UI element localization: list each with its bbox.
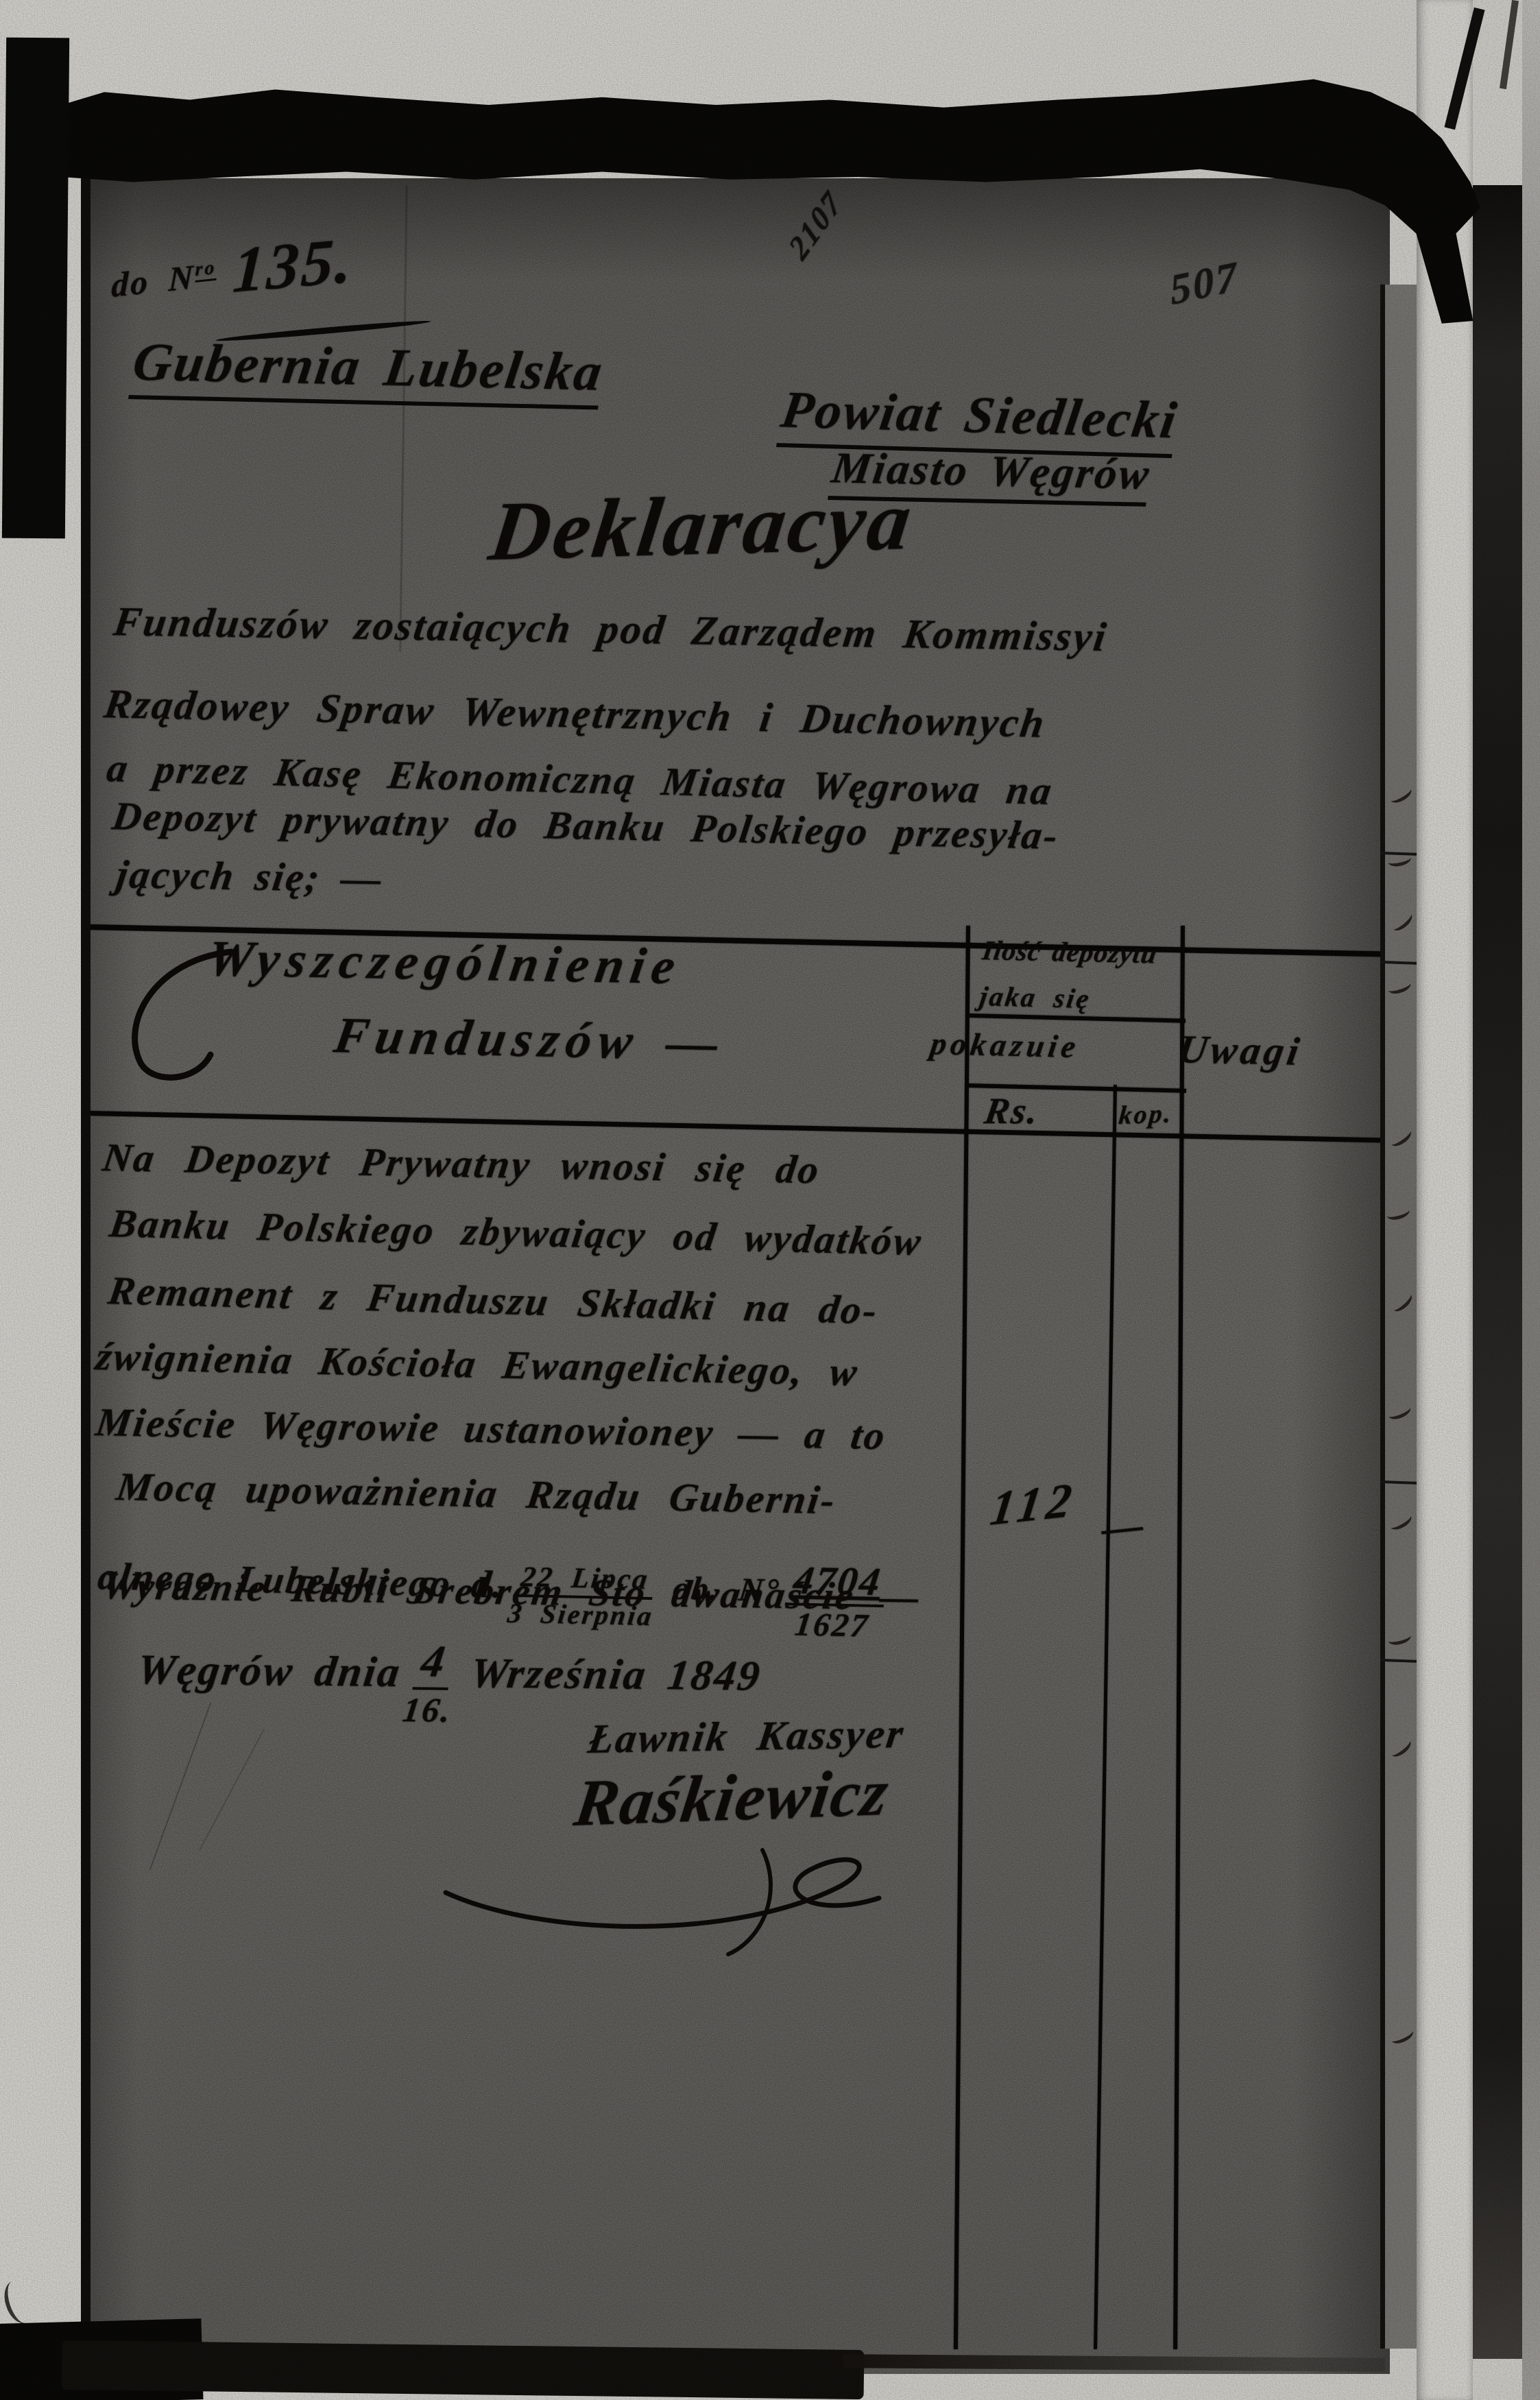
margin-scribble: 2107	[783, 184, 847, 266]
doc-ref-superscript: ro	[195, 257, 216, 283]
col-remarks-header: Uwagi	[1175, 1029, 1305, 1072]
page-curl-strip	[1380, 285, 1421, 2349]
col-specification-header-line2: Funduszów —	[330, 1009, 729, 1070]
entry-line-6: Mocą upoważnienia Rządu Guberni-	[114, 1466, 839, 1522]
curl-ink-mark	[1388, 784, 1414, 806]
province-name: Gubernia Lubelska	[128, 333, 607, 409]
col-amount-header-line3: pokazuie	[928, 1027, 1082, 1064]
crease-vertical	[399, 185, 407, 651]
intro-line-2: Rządowey Spraw Wewnętrznych i Duchownych	[101, 682, 1048, 745]
col-kop-header: kop.	[1118, 1101, 1174, 1130]
margin-curl-mark	[0, 2277, 39, 2327]
entry-line-5: Mieście Węgrowie ustanowioney — a to	[93, 1402, 889, 1457]
closing-day-denominator: 16.	[400, 1690, 455, 1727]
dark-binding-band	[1473, 185, 1522, 2359]
curl-ink-mark	[1389, 1290, 1415, 1315]
signer-role: Ławnik Kassyer	[586, 1712, 908, 1761]
curl-ink-mark	[1388, 1126, 1414, 1149]
amount-header-rule-1	[970, 1013, 1186, 1023]
top-right-streak-2	[1500, 0, 1519, 89]
amount-rs-value: 112	[987, 1474, 1080, 1535]
pencil-page-number: 507	[1168, 254, 1241, 313]
curl-ink-mark	[1386, 1629, 1412, 1647]
signer-signature: Raśkiewicz	[570, 1757, 893, 1838]
curl-ink-mark	[1386, 977, 1412, 996]
curl-ink-mark	[1388, 1511, 1414, 1533]
curl-ink-mark	[1386, 1402, 1412, 1421]
table-col1-divider	[954, 926, 970, 2349]
curl-ink-mark	[1389, 909, 1415, 934]
document-page: do Nro 135. 2107 507 Gubernia Lubelska P…	[81, 178, 1390, 2374]
closing-place-date: Węgrów dnia 4 16. Września 1849	[132, 1627, 767, 1720]
curl-ink-mark	[1389, 2026, 1415, 2047]
intro-line-5: jących się; —	[114, 854, 386, 900]
entry-line-1: Na Depozyt Prywatny wnosi się do	[100, 1137, 823, 1191]
curl-ink-mark	[1388, 1736, 1414, 1760]
lit-page-edge-band	[1417, 0, 1473, 2400]
col-rs-header: Rs.	[982, 1092, 1043, 1131]
col-amount-header-line2: jaka się	[978, 982, 1093, 1013]
black-bar-top-left	[2, 38, 69, 539]
amount-kop-value: —	[1099, 1503, 1146, 1550]
doc-title: Deklaracya	[485, 477, 919, 576]
entry-line-4: źwignienia Kościoła Ewangelickiego, w	[93, 1336, 861, 1393]
rs-kop-divider	[1094, 1085, 1117, 2349]
scratch-2	[199, 1729, 265, 1851]
curl-ink-mark	[1385, 1204, 1411, 1222]
doc-ref-prefix-text: do N	[111, 257, 195, 304]
closing-day-numerator: 4	[412, 1639, 455, 1690]
col-amount-header-line1: Ilość depozytu	[980, 936, 1159, 968]
table-col2-divider	[1173, 926, 1185, 2349]
signature-flourish	[440, 1845, 920, 1968]
outer-edge-band	[1522, 0, 1540, 2400]
doc-ref-number: 135.	[231, 226, 355, 305]
entry-line-3: Remanent z Funduszu Składki na do-	[106, 1270, 882, 1332]
closing-day-fraction: 4 16.	[400, 1639, 461, 1727]
closing-month-year: Września 1849	[468, 1652, 764, 1699]
intro-line-1: Funduszów zostaiących pod Zarządem Kommi…	[111, 600, 1110, 659]
bottom-edge-band	[62, 2340, 865, 2399]
closing-place: Węgrów dnia	[134, 1648, 404, 1696]
entry-line-2: Banku Polskiego zbywaiący od wydatków	[107, 1203, 926, 1263]
scan-canvas: do Nro 135. 2107 507 Gubernia Lubelska P…	[0, 0, 1540, 2400]
col-specification-header-line1: Wyszczególnienie	[204, 933, 685, 994]
doc-ref-prefix: do Nro	[111, 256, 217, 304]
